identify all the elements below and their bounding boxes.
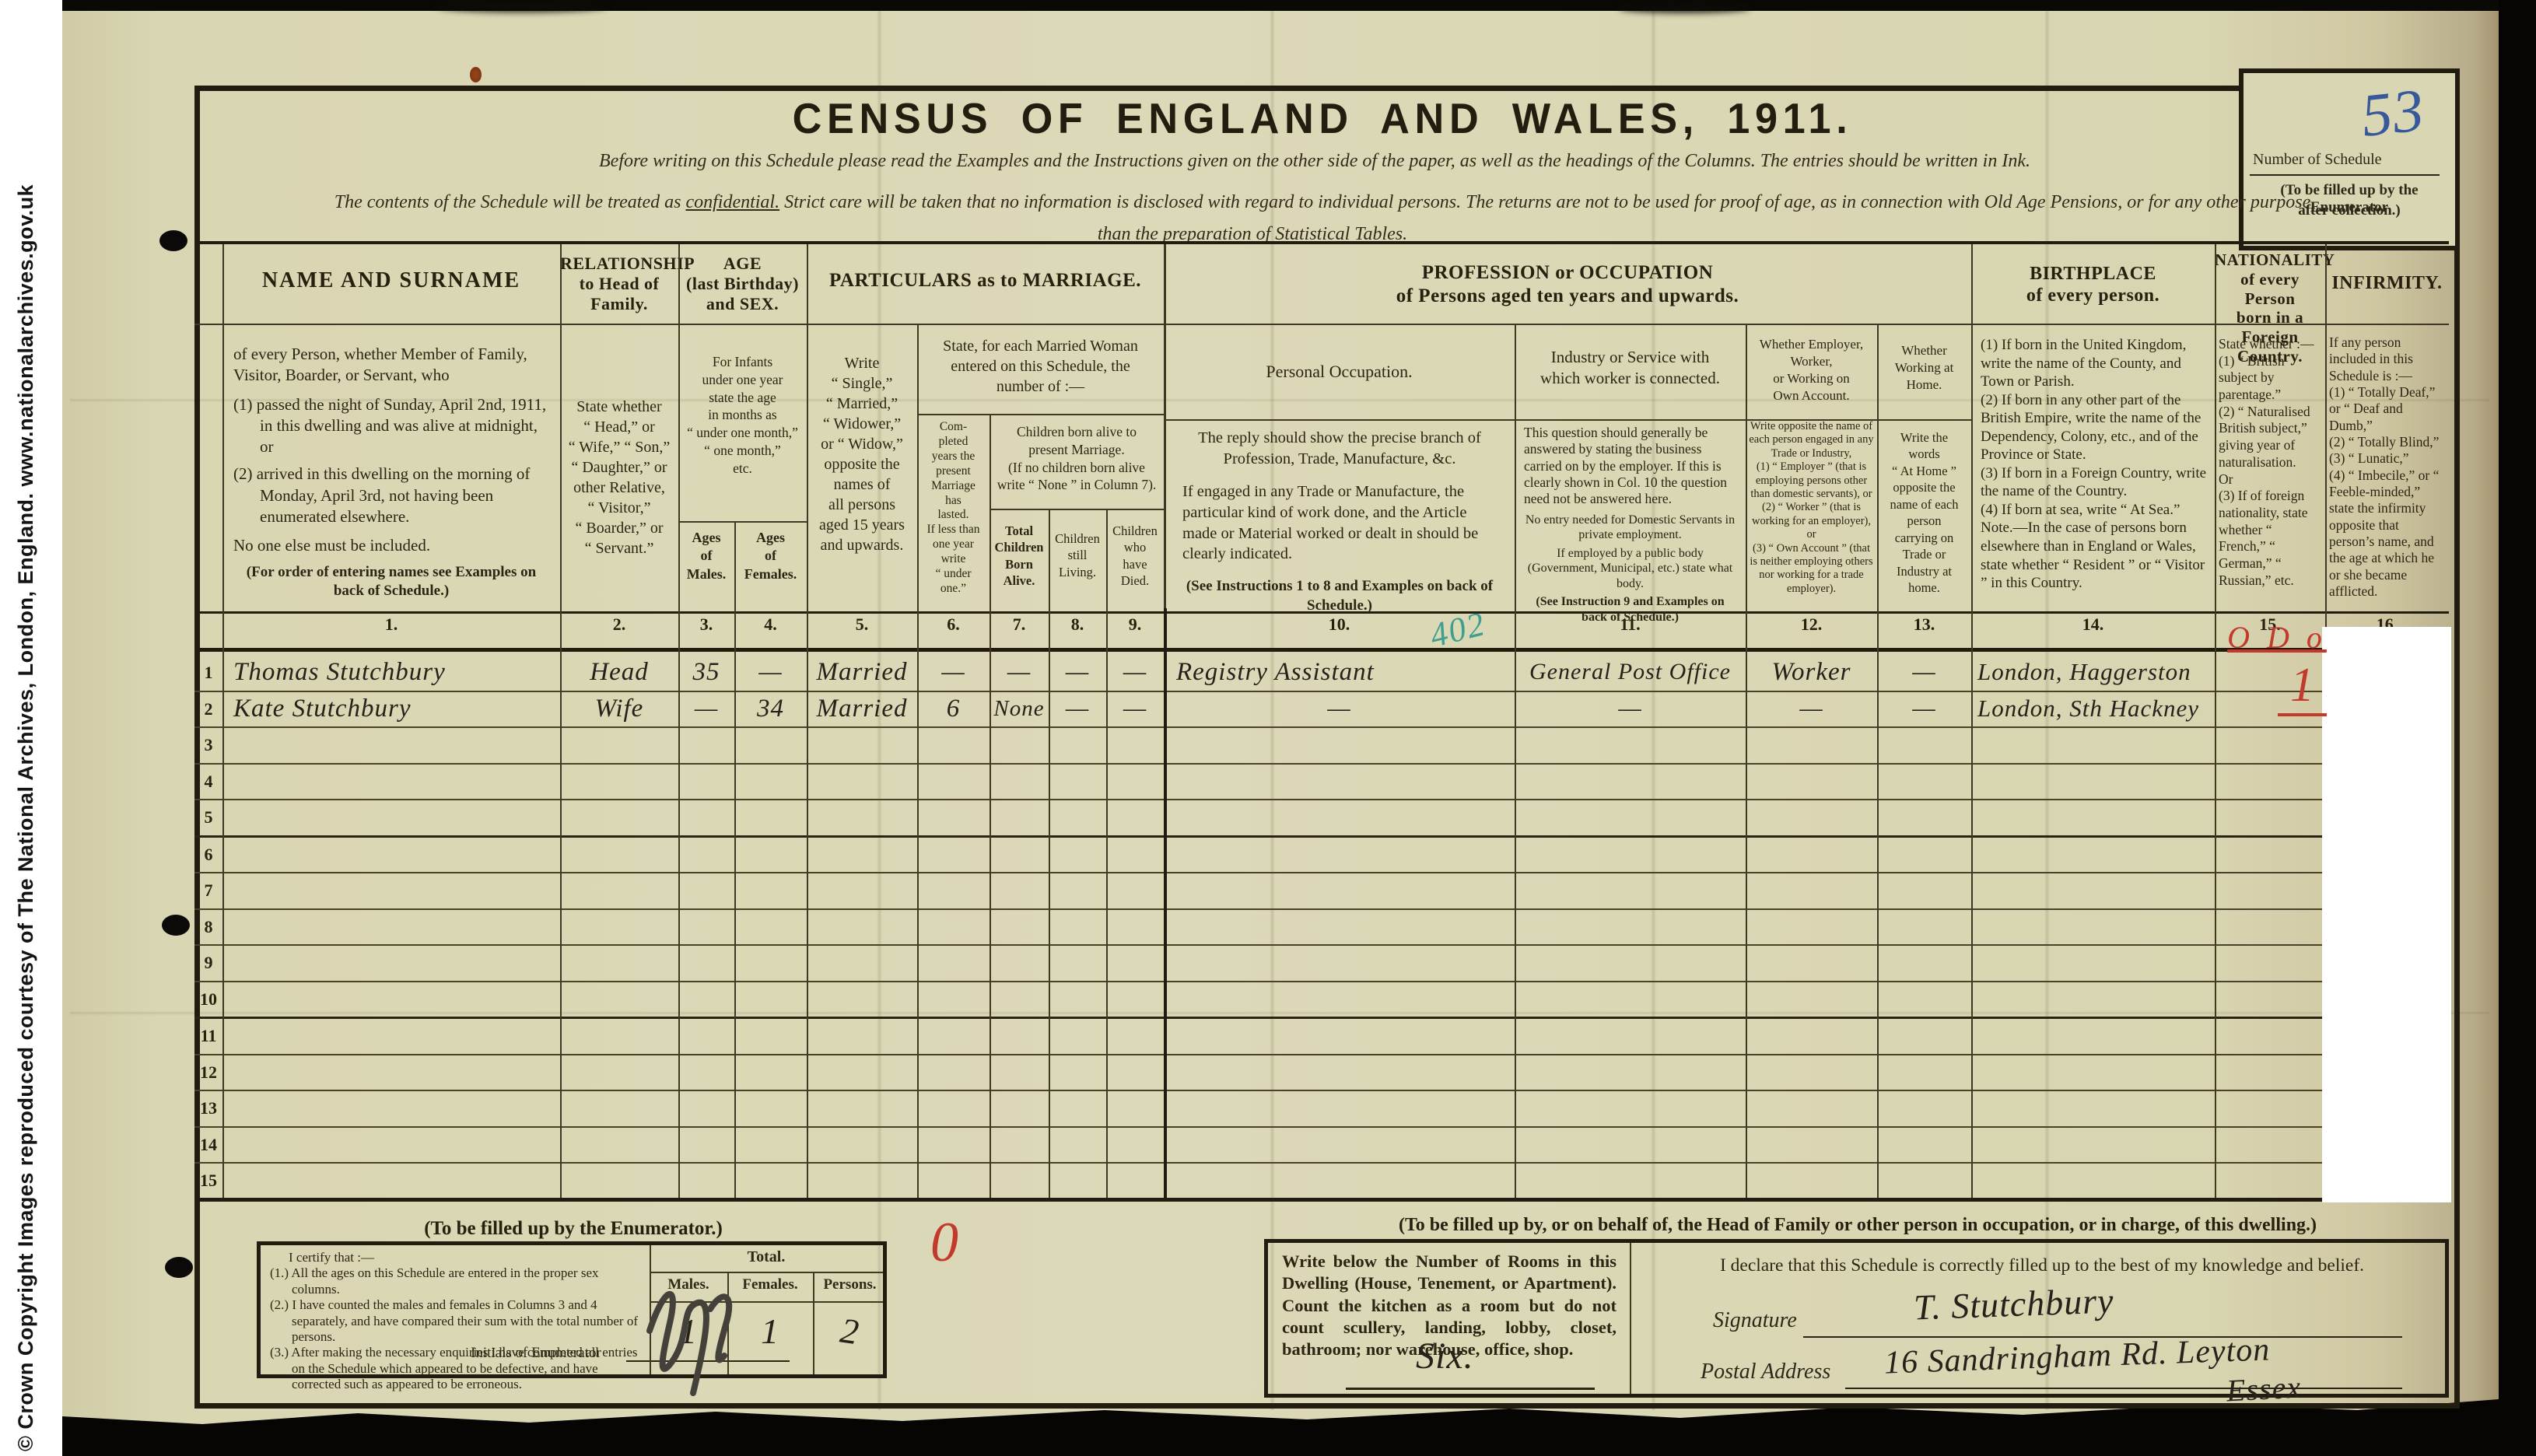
grid-line (1106, 509, 1108, 611)
column-header-relationship: RELATIONSHIP to Head of Family. (560, 254, 678, 314)
persons-total-value: 2 (811, 1306, 889, 1357)
row-number: 7 (194, 873, 222, 908)
table-row: 14 (194, 1128, 2449, 1164)
table-row: 7 (194, 873, 2449, 910)
row-number: 4 (194, 765, 222, 800)
cell-name: Kate Stutchbury (233, 692, 560, 727)
enumerator-certification: I certify that :— (1.) All the ages on t… (270, 1250, 642, 1393)
row-number: 9 (194, 946, 222, 981)
cell-age-female: 34 (734, 692, 807, 727)
preamble-line1: Before writing on this Schedule please r… (490, 151, 2139, 172)
occupation-instructions: The reply should show the precise branch… (1182, 428, 1497, 615)
red-zero-mark: 0 (930, 1210, 959, 1275)
column-number-row: 1. 2. 3. 4. 5. 6. 7. 8. 9. 10. 11. 12. 1… (194, 608, 2449, 652)
table-row: 2 Kate Stutchbury Wife — 34 Married 6 No… (194, 692, 2449, 729)
schedule-number-box: Number of Schedule 53 (To be filled up b… (2239, 68, 2460, 250)
punch-hole (159, 230, 187, 251)
cell-relationship: Head (560, 656, 678, 691)
grid-line (560, 608, 562, 1198)
initials-label: Initials of Enumerator (471, 1345, 601, 1362)
row-number: 1 (194, 656, 222, 691)
grid-line (2215, 608, 2216, 1198)
row-number: 2 (194, 692, 222, 727)
certify-item1: (1.) All the ages on this Schedule are e… (270, 1265, 642, 1297)
cell-birthplace: London, Sth Hackney (1977, 692, 2215, 727)
grid-line (990, 608, 991, 1198)
table-row: 3 (194, 728, 2449, 765)
column-header-birthplace: BIRTHPLACE of every person. (1971, 263, 2215, 307)
industry-subtitle: Industry or Service with which worker is… (1515, 347, 1746, 390)
industry-instructions: This question should generally be answer… (1524, 425, 1736, 625)
signature-value: T. Stutchbury (1913, 1280, 2114, 1328)
postal-address-value2: Essex (2226, 1369, 2302, 1409)
grid-line (734, 521, 736, 611)
grid-line (222, 244, 224, 611)
cell-industry: — (1515, 692, 1746, 727)
cell-occupation: — (1164, 692, 1515, 727)
redaction-overlay (2322, 627, 2451, 1202)
table-row: 10 (194, 982, 2449, 1020)
cell-age-male: 35 (678, 656, 734, 691)
birthplace-instructions: (1) If born in the United Kingdom, write… (1981, 336, 2208, 593)
cell-employer: — (1746, 692, 1877, 727)
grid-line (990, 509, 1164, 510)
children-total-label: Total Children Born Alive. (990, 523, 1049, 590)
scan-smudge (1618, 3, 1750, 13)
dwelling-section-title: (To be filled up by, or on behalf of, th… (1399, 1215, 2317, 1236)
marriage-completed-instructions: Com- pleted years the present Marriage h… (917, 420, 990, 597)
postal-address-label: Postal Address (1701, 1360, 1830, 1384)
cell-marriage: Married (807, 656, 917, 691)
signature-label: Signature (1713, 1308, 1797, 1333)
grid-line (917, 608, 919, 1198)
children-living-label: Children still Living. (1049, 530, 1106, 580)
row-number: 10 (194, 982, 222, 1017)
grid-line (1106, 608, 1108, 1198)
row-number: 12 (194, 1055, 222, 1090)
grid-line (222, 608, 224, 1198)
table-row: 4 (194, 765, 2449, 801)
row-number: 15 (194, 1164, 222, 1199)
enumerator-box: I certify that :— (1.) All the ages on t… (257, 1241, 887, 1378)
schedule-number-label: Number of Schedule (2253, 151, 2382, 169)
name-item1: (1) passed the night of Sunday, April 2n… (233, 394, 549, 458)
infirmity-instructions: If any person included in this Schedule … (2329, 334, 2446, 600)
name-item2: (2) arrived in this dwelling on the morn… (233, 464, 549, 527)
preamble2-before: The contents of the Schedule will be tre… (335, 192, 686, 212)
grid-line (678, 521, 807, 523)
col-number: 9. (1106, 614, 1164, 635)
cell-children-living: — (1049, 656, 1106, 691)
table-row: 9 (194, 946, 2449, 982)
grid-line (1877, 324, 1879, 611)
grid-line (1515, 324, 1516, 611)
photo-top-edge (62, 0, 2536, 11)
grid-line (1049, 509, 1050, 611)
industry-body3: If employed by a public body (Government… (1524, 546, 1736, 592)
name-note2: (For order of entering names see Example… (233, 563, 549, 601)
cell-children-born: — (990, 656, 1049, 691)
age-females-label: Ages of Females. (734, 529, 807, 583)
grid-line (734, 608, 736, 1198)
col-number: 4. (734, 614, 807, 635)
cell-marriage: Married (807, 692, 917, 727)
copyright-text: © Crown Copyright Images reproduced cour… (14, 184, 38, 1451)
punch-hole (165, 1257, 193, 1278)
table-row: 5 (194, 800, 2449, 838)
cell-children-died: — (1106, 692, 1164, 727)
name-intro: of every Person, whether Member of Famil… (233, 344, 549, 387)
name-note1: No one else must be included. (233, 535, 549, 556)
col-number: 14. (1971, 614, 2215, 635)
enumerator-initials-scribble (626, 1269, 758, 1401)
preamble2-after: Strict care will be taken that no inform… (779, 192, 2310, 212)
grid-line (678, 244, 680, 611)
enumerator-section-title: (To be filled up by the Enumerator.) (424, 1218, 723, 1240)
nationality-mark-row1: O D o (2219, 619, 2335, 656)
grid-line (807, 244, 808, 611)
occupation-body2: If engaged in any Trade or Manufacture, … (1182, 481, 1497, 565)
schedule-number-value: 53 (2359, 75, 2428, 151)
row-number: 8 (194, 910, 222, 945)
cell-at-home: — (1877, 692, 1971, 727)
employer-instructions: Write opposite the name of each person e… (1749, 420, 1874, 596)
col-number: 8. (1049, 614, 1106, 635)
cell-relationship: Wife (560, 692, 678, 727)
col-number: 13. (1877, 614, 1971, 635)
table-row: 12 (194, 1055, 2449, 1092)
nationality-instructions: State whether :— (1) “ British subject b… (2219, 336, 2322, 589)
table-row: 1 Thomas Stutchbury Head 35 — Married — … (194, 656, 2449, 692)
certify-item2: (2.) I have counted the males and female… (270, 1297, 642, 1345)
total-label: Total. (650, 1248, 883, 1266)
row-number: 11 (194, 1019, 222, 1054)
occupation-body1: The reply should show the precise branch… (1182, 428, 1497, 469)
cell-children-living: — (1049, 692, 1106, 727)
employer-subtitle: Whether Employer, Worker, or Working on … (1746, 336, 1877, 404)
cell-age-female: — (734, 656, 807, 691)
certify-intro: I certify that :— (270, 1250, 642, 1265)
grid-line (1164, 419, 1971, 421)
grid-line (917, 414, 1164, 415)
cell-age-male: — (678, 692, 734, 727)
grid-line (990, 414, 991, 611)
row-number: 5 (194, 800, 222, 835)
grid-line (560, 244, 562, 611)
table-row: 15 (194, 1164, 2449, 1199)
grid-line (917, 324, 919, 611)
declaration-text: I declare that this Schedule is correctl… (1649, 1255, 2435, 1276)
col-number: 3. (678, 614, 734, 635)
row-number: 3 (194, 728, 222, 763)
column-header-profession: PROFESSION or OCCUPATION of Persons aged… (1164, 261, 1971, 307)
cell-industry: General Post Office (1515, 656, 1746, 691)
data-rows: 1 Thomas Stutchbury Head 35 — Married — … (194, 656, 2449, 1198)
cell-children-died: — (1106, 656, 1164, 691)
children-born-instructions: Children born alive to present Marriage.… (996, 423, 1158, 494)
grid-line (1746, 324, 1747, 611)
grid-line (807, 608, 808, 1198)
grid-line (1049, 608, 1050, 1198)
persons-label: Persons. (813, 1276, 887, 1293)
col-number: 1. (222, 614, 560, 635)
preamble2-confidential: confidential. (685, 192, 779, 212)
col-number: 12. (1746, 614, 1877, 635)
cell-employer: Worker (1746, 656, 1877, 691)
seal-mark (470, 67, 482, 82)
grid-line (678, 608, 680, 1198)
row-number: 13 (194, 1091, 222, 1126)
children-died-label: Children who have Died. (1106, 523, 1164, 590)
scan-smudge (436, 0, 607, 12)
dwelling-divider (1630, 1243, 1631, 1394)
grid-line (1164, 244, 1166, 611)
cell-years-married: 6 (917, 692, 990, 727)
grid-line (1164, 608, 1167, 1198)
dwelling-box: Write below the Number of Rooms in this … (1264, 1239, 2449, 1398)
column-header-infirmity: INFIRMITY. (2325, 272, 2449, 294)
marriage-state-instructions: State, for each Married Woman entered on… (930, 336, 1151, 397)
occupation-subtitle: Personal Occupation. (1164, 361, 1515, 383)
grid-line (2215, 244, 2216, 611)
grid-line (2325, 244, 2327, 611)
rooms-value: Six. (1416, 1335, 1474, 1377)
cell-name: Thomas Stutchbury (233, 656, 560, 691)
census-table-body: 1. 2. 3. 4. 5. 6. 7. 8. 9. 10. 11. 12. 1… (194, 608, 2449, 1202)
punch-hole (162, 915, 190, 936)
photo-right-edge (2499, 0, 2536, 1456)
grid-line (1877, 608, 1879, 1198)
grid-line (1746, 608, 1747, 1198)
table-row: 6 (194, 838, 2449, 874)
industry-body2: No entry needed for Domestic Servants in… (1524, 513, 1736, 543)
table-row: 13 (194, 1091, 2449, 1128)
age-infants-instructions: For Infants under one year state the age… (678, 353, 807, 477)
home-subtitle: Whether Working at Home. (1877, 342, 1971, 394)
grid-line (1971, 244, 1973, 611)
cell-years-married: — (917, 656, 990, 691)
grid-line (1515, 608, 1516, 1198)
preamble-line2: The contents of the Schedule will be tre… (198, 192, 2447, 213)
table-header: NAME AND SURNAME RELATIONSHIP to Head of… (194, 241, 2449, 614)
cell-children-born: None (990, 692, 1049, 727)
census-document-scan: © Crown Copyright Images reproduced cour… (0, 0, 2536, 1456)
postal-address-line (1845, 1388, 2402, 1389)
home-instructions: Write the words “ At Home ” opposite the… (1877, 429, 1971, 596)
copyright-sidebar: © Crown Copyright Images reproduced cour… (0, 0, 62, 1456)
cell-birthplace: London, Haggerston (1977, 656, 2215, 691)
age-males-label: Ages of Males. (678, 529, 734, 583)
col-number: 7. (990, 614, 1049, 635)
column-header-age: AGE (last Birthday) and SEX. (678, 254, 807, 314)
cell-at-home: — (1877, 656, 1971, 691)
schedule-number-line (2250, 174, 2440, 176)
table-row: 11 (194, 1019, 2449, 1055)
name-instructions: of every Person, whether Member of Famil… (233, 344, 549, 601)
col-number: 11. (1515, 614, 1746, 635)
column-header-marriage: PARTICULARS as to MARRIAGE. (807, 269, 1164, 292)
rooms-underline (1346, 1388, 1595, 1390)
relationship-instructions: State whether “ Head,” or “ Wife,” “ Son… (560, 397, 678, 558)
col-number: 2. (560, 614, 678, 635)
row-number: 6 (194, 838, 222, 873)
col-number: 6. (917, 614, 990, 635)
col-number: 5. (807, 614, 917, 635)
marriage-write-instructions: Write “ Single,” “ Married,” “ Widower,”… (807, 353, 917, 555)
postal-address-value: 16 Sandringham Rd. Leyton (1883, 1331, 2271, 1381)
grid-line (194, 324, 2449, 325)
cell-occupation: Registry Assistant (1176, 656, 1515, 691)
grid-line (1971, 608, 1973, 1198)
nationality-mark-row2: 1 (2278, 658, 2327, 716)
industry-body1: This question should generally be answer… (1524, 425, 1736, 508)
form-title: CENSUS OF ENGLAND AND WALES, 1911. (793, 93, 1853, 143)
table-row: 8 (194, 910, 2449, 947)
column-header-name: NAME AND SURNAME (222, 268, 560, 293)
row-number: 14 (194, 1128, 222, 1163)
